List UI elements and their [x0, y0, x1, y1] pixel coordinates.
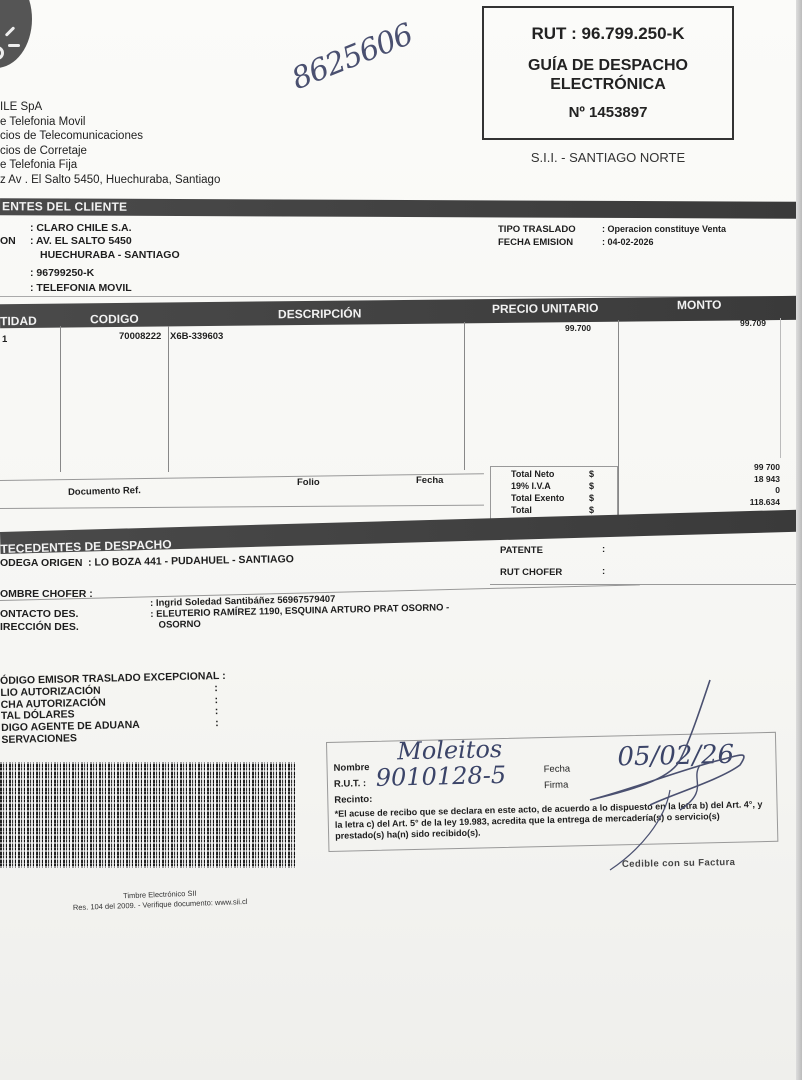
issuer-line: e Telefonia Fija [0, 158, 220, 173]
cedible-note: Cedible con su Factura [622, 857, 736, 870]
total-value: 118.634 [700, 497, 780, 509]
destination-details: : Ingrid Soledad Santibáñez 56967579407 … [150, 591, 450, 631]
fecha-emision-label: FECHA EMISION [498, 237, 573, 248]
divider [0, 473, 484, 481]
document-number: Nº 1453897 [484, 104, 732, 121]
client-address: : AV. EL SALTO 5450 [30, 235, 132, 248]
logo-ray-icon [8, 44, 20, 47]
rut-label: R.U.T. : [334, 778, 366, 790]
patente-label: PATENTE [500, 545, 543, 556]
total-neto-value: 99 700 [700, 462, 780, 474]
currency-symbol: $ [589, 505, 594, 515]
sii-office: S.I.I. - SANTIAGO NORTE [482, 150, 734, 165]
extra-fields: ÓDIGO EMISOR TRASLADO EXCEPCIONAL : LIO … [0, 671, 227, 747]
client-name: : CLARO CHILE S.A. [30, 222, 132, 235]
column-divider [464, 322, 465, 470]
logo-circle-icon [0, 46, 4, 60]
document-type-line: ELECTRÓNICA [484, 75, 732, 94]
column-divider [780, 318, 781, 458]
client-section-header: ENTES DEL CLIENTE [0, 198, 802, 218]
extra-field-value: : [222, 670, 226, 682]
rut-chofer-value: : [602, 566, 605, 577]
client-rut: : 96799250-K [30, 267, 94, 280]
document-type: GUÍA DE DESPACHO ELECTRÓNICA [484, 56, 732, 94]
column-header-codigo: CODIGO [90, 312, 139, 327]
nombre-label: Nombre [333, 762, 369, 774]
client-address-city: HUECHURABA - SANTIAGO [40, 249, 180, 262]
client-giro: : TELEFONIA MOVIL [30, 282, 132, 295]
total-exento-value: 0 [700, 485, 780, 497]
handwritten-annotation: 8625606 [287, 17, 418, 97]
issuer-line: e Telefonia Movil [0, 115, 220, 130]
stamp-caption: Timbre Electrónico SII Res. 104 del 2009… [40, 886, 281, 914]
folio-label: Folio [297, 477, 320, 488]
currency-symbol: $ [589, 469, 594, 479]
total-label: Total Exento [511, 493, 564, 503]
totals-labels: Total Neto 19% I.V.A Total Exento Total … [490, 466, 618, 520]
rut-chofer-label: RUT CHOFER [500, 567, 562, 578]
divider [0, 505, 484, 509]
extra-field: SERVACIONES [1, 730, 227, 747]
issuer-line: cios de Corretaje [0, 144, 220, 159]
column-divider [168, 326, 169, 472]
currency-symbol: $ [589, 481, 594, 491]
section-title: TECEDENTES DE DESPACHO [0, 537, 171, 556]
column-header-precio: PRECIO UNITARIO [492, 301, 599, 316]
document-id-box: RUT : 96.799.250-K GUÍA DE DESPACHO ELEC… [482, 6, 734, 140]
item-precio-unitario: 99.700 [565, 323, 591, 333]
bodega-origen-value: : LO BOZA 441 - PUDAHUEL - SANTIAGO [88, 553, 294, 569]
totals-values: 99 700 18 943 0 118.634 [700, 462, 780, 514]
document-type-line: GUÍA DE DESPACHO [484, 56, 732, 75]
item-monto: 99.709 [740, 318, 766, 328]
issuer-line: cios de Telecomunicaciones [0, 129, 220, 144]
patente-value: : [602, 544, 605, 555]
column-header-descripcion: DESCRIPCIÓN [278, 306, 361, 321]
extra-field-label: SERVACIONES [1, 732, 77, 746]
item-cantidad: 1 [2, 334, 7, 345]
direccion-label: IRECCIÓN DES. [0, 621, 79, 633]
total-label: Total Neto [511, 469, 554, 479]
dispatch-section-header: TECEDENTES DE DESPACHO [0, 510, 802, 554]
column-divider [60, 326, 61, 472]
item-descripcion: X6B-339603 [170, 331, 223, 342]
page-edge [796, 0, 802, 1080]
section-title: ENTES DEL CLIENTE [2, 199, 127, 214]
logo-ray-icon [5, 26, 16, 37]
issuer-line: z Av . El Salto 5450, Huechuraba, Santia… [0, 173, 220, 188]
fecha-ref-label: Fecha [416, 475, 443, 486]
contacto-label: ONTACTO DES. [0, 608, 78, 620]
handwritten-receiver-rut: 9010128-5 [376, 761, 507, 792]
item-codigo: 70008222 [119, 331, 161, 342]
company-logo [0, 0, 32, 68]
column-divider [618, 320, 619, 516]
iva-value: 18 943 [700, 474, 780, 486]
client-address-label: ON [0, 235, 16, 248]
column-header-cantidad: TIDAD [0, 314, 37, 328]
electronic-stamp-barcode [0, 762, 296, 868]
total-label: Total [511, 505, 532, 515]
tipo-traslado-value: : Operacion constituye Venta [602, 224, 726, 234]
doc-ref-label: Documento Ref. [68, 485, 141, 498]
fecha-emision-value: : 04-02-2026 [602, 237, 654, 247]
column-header-monto: MONTO [677, 298, 722, 312]
bodega-origen-label: ODEGA ORIGEN [0, 557, 82, 569]
extra-field-value: : [214, 683, 218, 695]
extra-field-value: : [215, 718, 219, 730]
currency-symbol: $ [589, 493, 594, 503]
tipo-traslado-label: TIPO TRASLADO [498, 224, 576, 235]
issuer-line: ILE SpA [0, 100, 220, 115]
total-label: 19% I.V.A [511, 481, 551, 491]
dispatch-guide-document: ILE SpA e Telefonia Movil cios de Teleco… [0, 0, 802, 1080]
divider [490, 584, 802, 585]
recinto-label: Recinto: [334, 794, 372, 806]
signature-scribble [550, 670, 790, 890]
client-details: ON : CLARO CHILE S.A. : AV. EL SALTO 545… [0, 222, 470, 302]
issuer-info: ILE SpA e Telefonia Movil cios de Teleco… [0, 100, 220, 187]
shipment-info: TIPO TRASLADO : Operacion constituye Ven… [498, 224, 798, 254]
issuer-rut: RUT : 96.799.250-K [484, 24, 732, 44]
